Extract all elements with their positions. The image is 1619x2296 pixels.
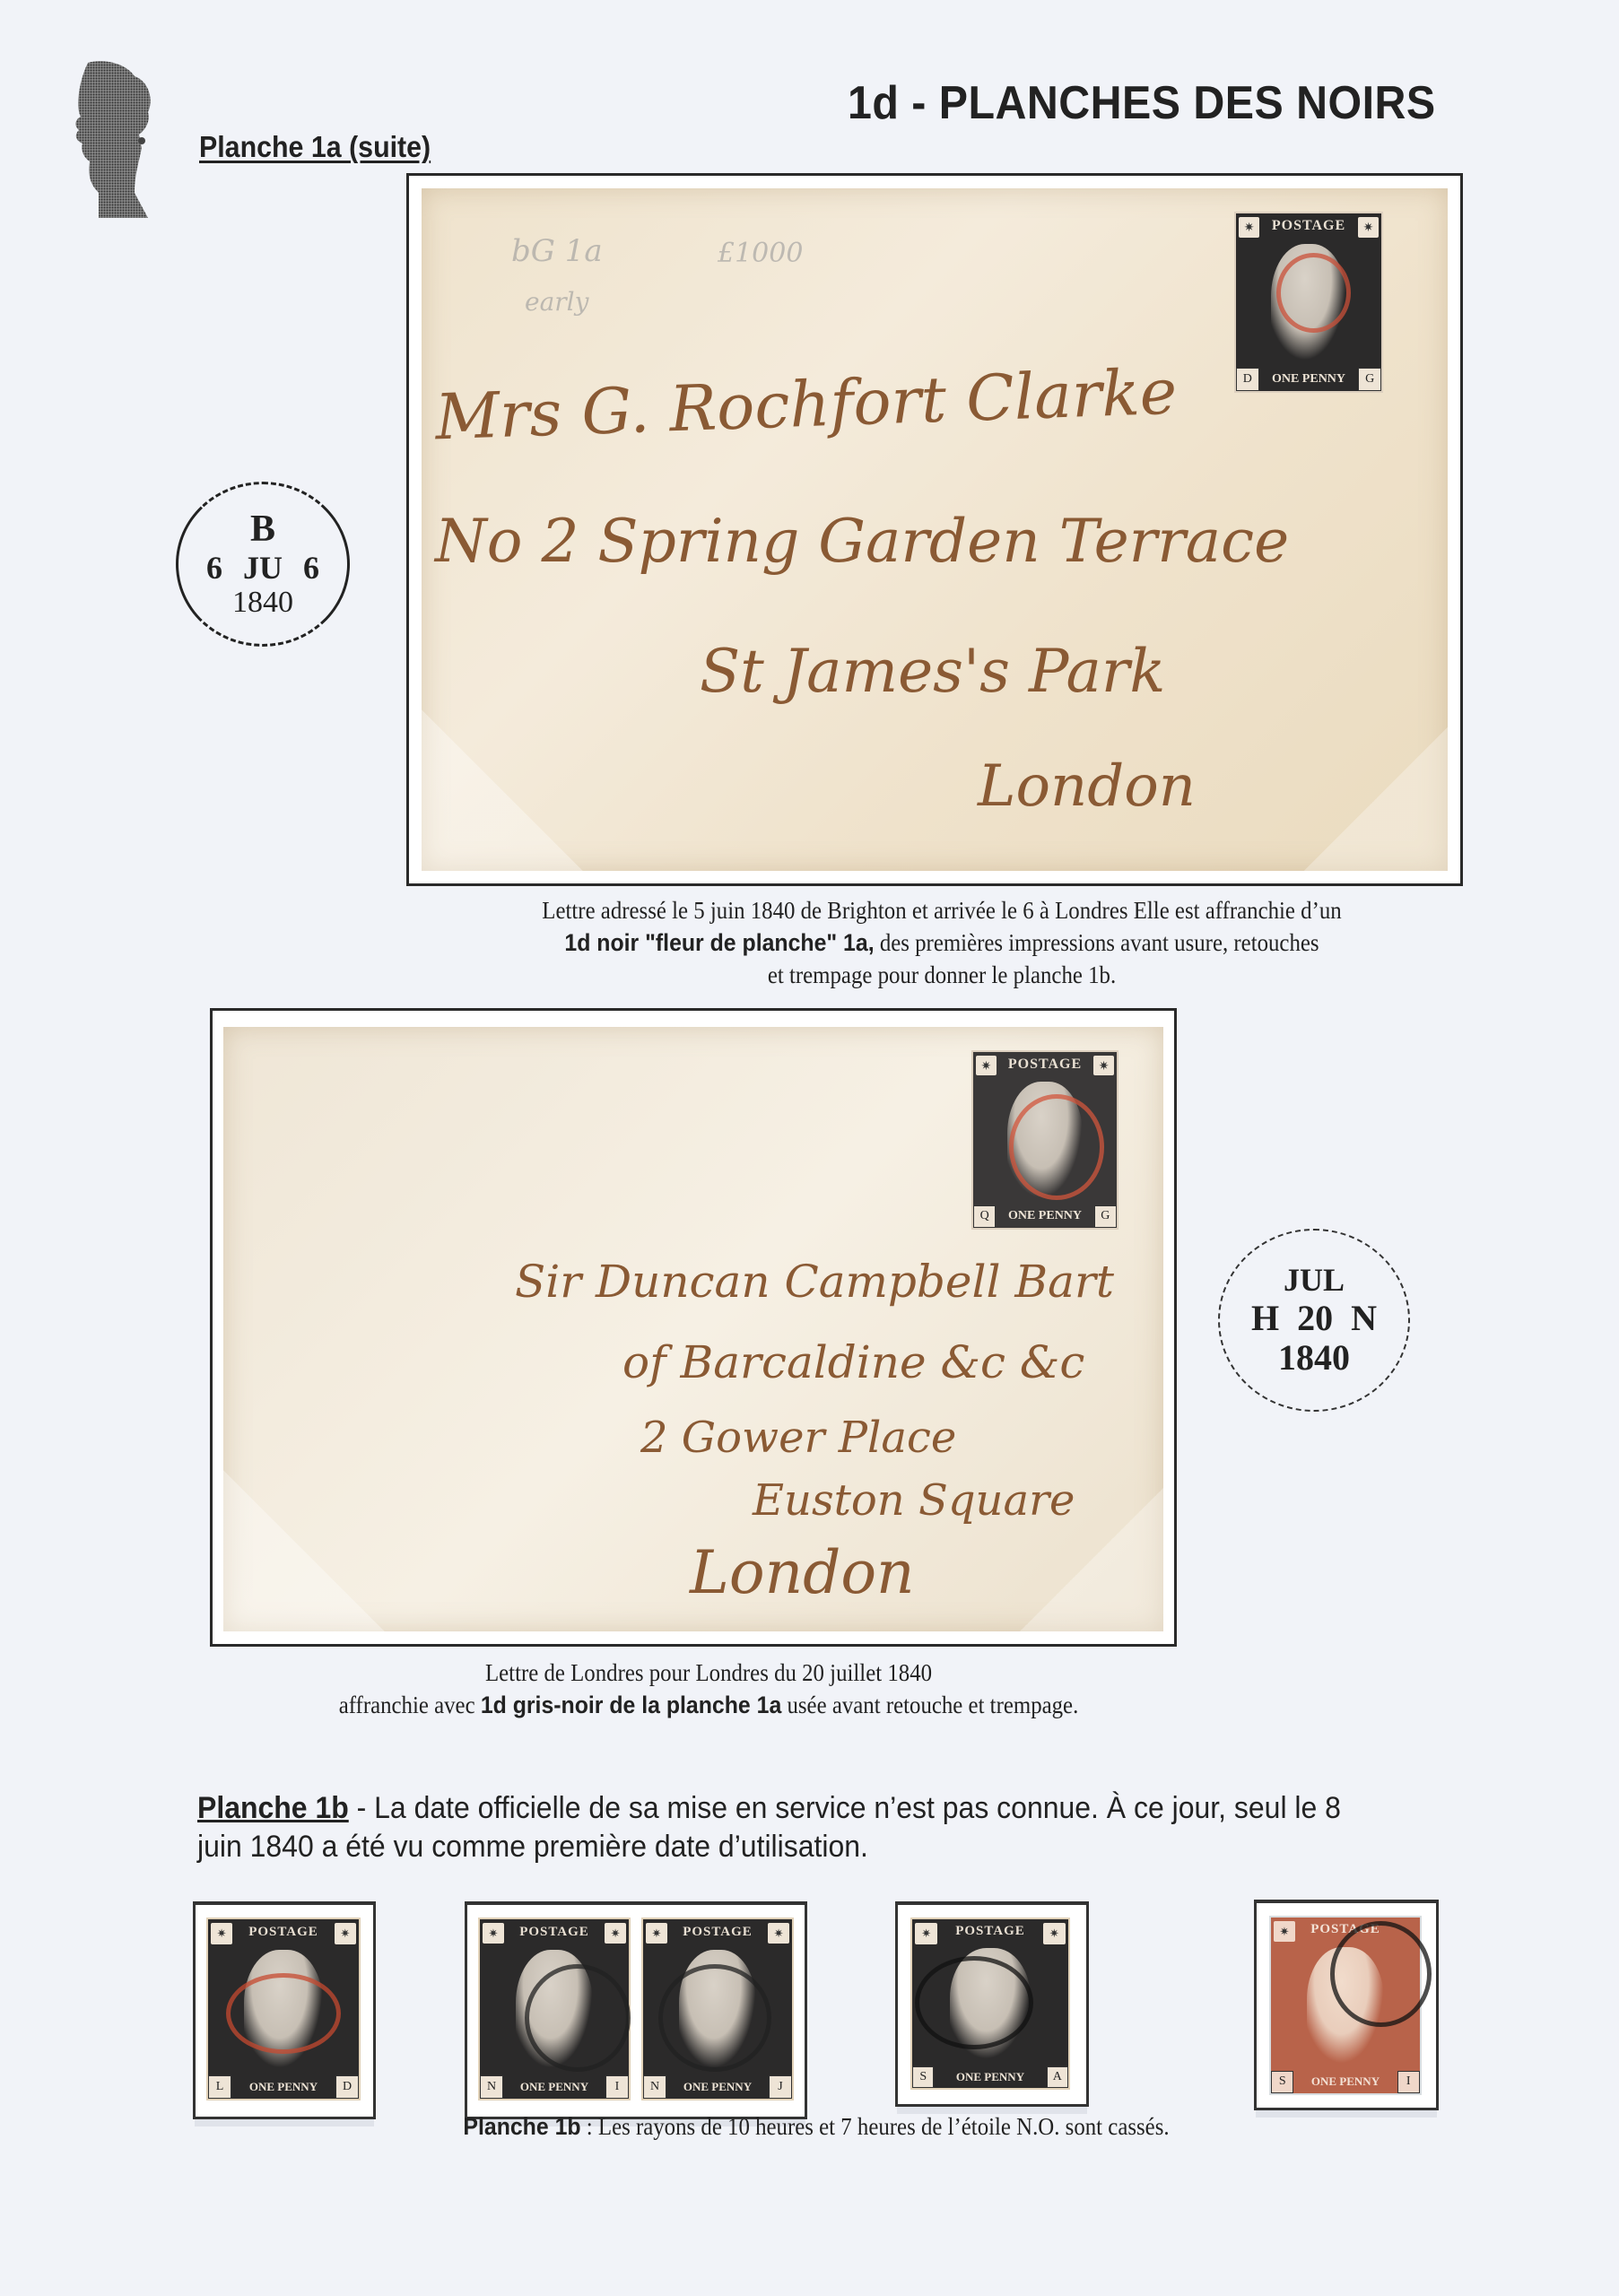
maltese-cross-cancel bbox=[1009, 1094, 1104, 1200]
stamp-mount-3: ✷ ✷ POSTAGE SONE PENNYA bbox=[895, 1901, 1089, 2107]
stamp-penny-black-NJ: ✷ ✷ POSTAGE NONE PENNYJ bbox=[636, 1912, 799, 2106]
stamp-mount-1: ✷ ✷ POSTAGE LONE PENNYD bbox=[193, 1901, 376, 2119]
planche-1b-footer-caption: Planche 1b : Les rayons de 10 heures et … bbox=[362, 2111, 1270, 2144]
address-line: of Barcaldine &c &c bbox=[622, 1336, 1084, 1388]
maltese-cross-cancel bbox=[226, 1973, 341, 2054]
stamp-penny-black-QG: ✷ ✷ POSTAGE QONE PENNYG bbox=[966, 1045, 1124, 1235]
cover-1-frame: bG 1a early £1000 Mrs G. Rochfort Clarke… bbox=[406, 173, 1463, 886]
cover-2-caption: Lettre de Londres pour Londres du 20 jui… bbox=[255, 1657, 1162, 1722]
postmark-london: JUL H 20 N 1840 bbox=[1218, 1229, 1410, 1412]
pencil-note: £1000 bbox=[718, 238, 803, 269]
pencil-note: bG 1a bbox=[511, 233, 603, 269]
stamp-mount-4: ✷ POSTAGE SONE PENNYI bbox=[1254, 1900, 1439, 2110]
stamp-penny-black-LD: ✷ ✷ POSTAGE LONE PENNYD bbox=[201, 1912, 366, 2106]
stamp-penny-black-SA: ✷ ✷ POSTAGE SONE PENNYA bbox=[905, 1912, 1075, 2095]
maltese-cross-cancel bbox=[525, 1964, 631, 2072]
pencil-note: early bbox=[525, 287, 588, 317]
address-line: Mrs G. Rochfort Clarke bbox=[434, 355, 1179, 455]
address-line: Euston Square bbox=[753, 1475, 1075, 1526]
cover-2-envelope: Sir Duncan Campbell Bart of Barcaldine &… bbox=[223, 1027, 1163, 1631]
page-title: 1d - PLANCHES DES NOIRS bbox=[848, 76, 1436, 130]
maltese-cross-cancel bbox=[658, 1964, 771, 2072]
address-line: No 2 Spring Garden Terrace bbox=[435, 507, 1289, 576]
cover-1-envelope: bG 1a early £1000 Mrs G. Rochfort Clarke… bbox=[422, 188, 1448, 871]
postmark-brighton: B 6 JU 6 1840 bbox=[176, 482, 350, 647]
address-line: St James's Park bbox=[700, 637, 1165, 706]
cover-2-frame: Sir Duncan Campbell Bart of Barcaldine &… bbox=[210, 1008, 1177, 1647]
address-line: London bbox=[978, 753, 1196, 820]
address-line: 2 Gower Place bbox=[640, 1413, 956, 1463]
stamp-penny-black-DG: ✷ ✷ POSTAGE DONE PENNYG bbox=[1229, 206, 1388, 398]
stamp-penny-black-NI: ✷ ✷ POSTAGE NONE PENNYI bbox=[473, 1912, 636, 2106]
stamp-mount-2-pair: ✷ ✷ POSTAGE NONE PENNYI ✷ ✷ POSTAGE NONE… bbox=[465, 1901, 807, 2119]
section-title-planche-1a: Planche 1a (suite) bbox=[199, 130, 431, 164]
cover-1-caption: Lettre adressé le 5 juin 1840 de Brighto… bbox=[439, 895, 1445, 992]
stamp-penny-red-SI: ✷ POSTAGE SONE PENNYI bbox=[1264, 1910, 1427, 2100]
maltese-cross-cancel bbox=[1330, 1921, 1432, 2027]
queen-victoria-profile-icon bbox=[63, 58, 179, 220]
maltese-cross-cancel bbox=[915, 1956, 1033, 2049]
address-line: Sir Duncan Campbell Bart bbox=[515, 1256, 1114, 1308]
maltese-cross-cancel bbox=[1276, 253, 1351, 333]
planche-1b-description: Planche 1b - La date officielle de sa mi… bbox=[197, 1789, 1378, 1865]
address-line: London bbox=[690, 1538, 915, 1607]
